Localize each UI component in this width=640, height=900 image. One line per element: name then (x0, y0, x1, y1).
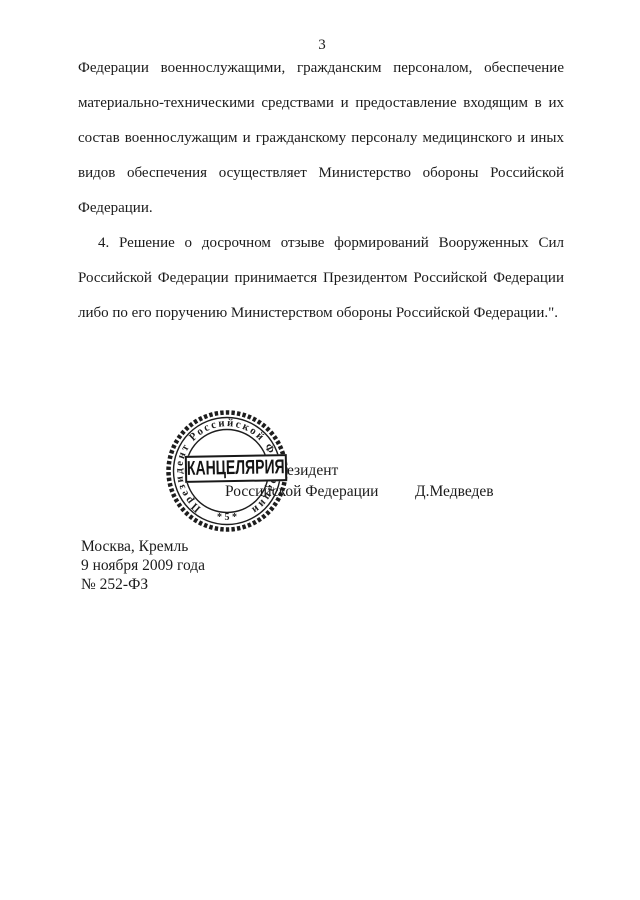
paragraph1-line-5: Федерации. (78, 191, 564, 226)
stamp-chancellery-label: КАНЦЕЛЯРИЯ (187, 456, 285, 481)
paragraph1-line-4: видов обеспечения осуществляет Министерс… (78, 156, 564, 191)
stamp-bottom-mark: * 5 * (217, 512, 237, 523)
footer-number: № 252-ФЗ (81, 575, 205, 594)
paragraph1-line-2: материально-техническими средствами и пр… (78, 86, 564, 121)
signature-name: Д.Медведев (415, 483, 494, 501)
paragraph2-line-3: либо по его поручению Министерством обор… (78, 296, 564, 331)
stamp-chancellery-box: КАНЦЕЛЯРИЯ (185, 454, 287, 483)
footer-date: 9 ноября 2009 года (81, 556, 205, 575)
paragraph1-line-3: состав военнослужащим и гражданскому пер… (78, 121, 564, 156)
document-body: Федерации военнослужащими, гражданским п… (78, 51, 564, 331)
paragraph1-line-1: Федерации военнослужащими, гражданским п… (78, 51, 564, 86)
paragraph2-line-1: 4. Решение о досрочном отзыве формирован… (78, 226, 564, 261)
paragraph2-line-2: Российской Федерации принимается Президе… (78, 261, 564, 296)
document-footer: Москва, Кремль 9 ноября 2009 года № 252-… (81, 537, 205, 594)
document-page: 3 Федерации военнослужащими, гражданским… (0, 0, 640, 900)
